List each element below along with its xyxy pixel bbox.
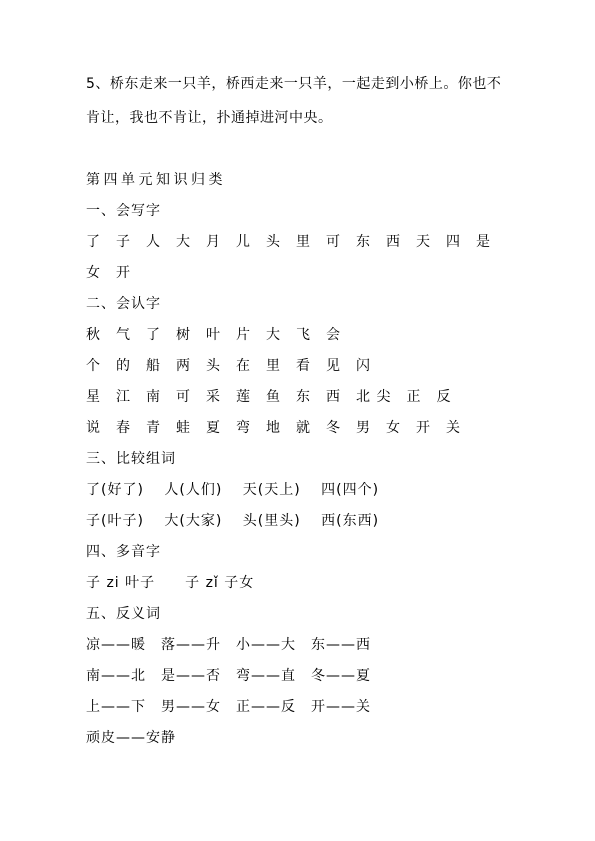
unit-title: 第四单元知识归类 [86, 165, 520, 196]
section-heading: 四、多音字 [86, 537, 520, 568]
section: 五、反义词凉——暖 落——升 小——大 东——西南——北 是——否 弯——直 冬… [86, 599, 520, 754]
text-line: 凉——暖 落——升 小——大 东——西 [86, 630, 520, 661]
section-heading: 二、会认字 [86, 289, 520, 320]
text-line: 了 子 人 大 月 儿 头 里 可 东 西 天 四 是 [86, 227, 520, 258]
section: 三、比较组词了(好了) 人(人们) 天(天上) 四(四个)子(叶子) 大(大家)… [86, 444, 520, 537]
section-heading: 五、反义词 [86, 599, 520, 630]
rhyme-paragraph: 5、桥东走来一只羊，桥西走来一只羊，一起走到小桥上。你也不肯让，我也不肯让，扑通… [86, 67, 508, 135]
section: 四、多音字子 zi 叶子 子 zǐ 子女 [86, 537, 520, 599]
text-line: 上——下 男——女 正——反 开——关 [86, 692, 520, 723]
text-line: 了(好了) 人(人们) 天(天上) 四(四个) [86, 475, 520, 506]
section: 一、会写字了 子 人 大 月 儿 头 里 可 东 西 天 四 是女 开 [86, 196, 520, 289]
section-heading: 三、比较组词 [86, 444, 520, 475]
document-page: 5、桥东走来一只羊，桥西走来一只羊，一起走到小桥上。你也不肯让，我也不肯让，扑通… [0, 0, 595, 841]
text-line: 子(叶子) 大(大家) 头(里头) 西(东西) [86, 506, 520, 537]
text-line: 个 的 船 两 头 在 里 看 见 闪 [86, 351, 520, 382]
text-line: 星 江 南 可 采 莲 鱼 东 西 北 尖 正 反 [86, 382, 520, 413]
text-line: 子 zi 叶子 子 zǐ 子女 [86, 568, 520, 599]
sections-container: 一、会写字了 子 人 大 月 儿 头 里 可 东 西 天 四 是女 开二、会认字… [86, 196, 520, 754]
text-line: 顽皮——安静 [86, 723, 520, 754]
text-line: 秋 气 了 树 叶 片 大 飞 会 [86, 320, 520, 351]
section-heading: 一、会写字 [86, 196, 520, 227]
text-line: 南——北 是——否 弯——直 冬——夏 [86, 661, 520, 692]
text-line: 女 开 [86, 258, 520, 289]
text-line: 说 春 青 蛙 夏 弯 地 就 冬 男 女 开 关 [86, 413, 520, 444]
section: 二、会认字秋 气 了 树 叶 片 大 飞 会个 的 船 两 头 在 里 看 见 … [86, 289, 520, 444]
